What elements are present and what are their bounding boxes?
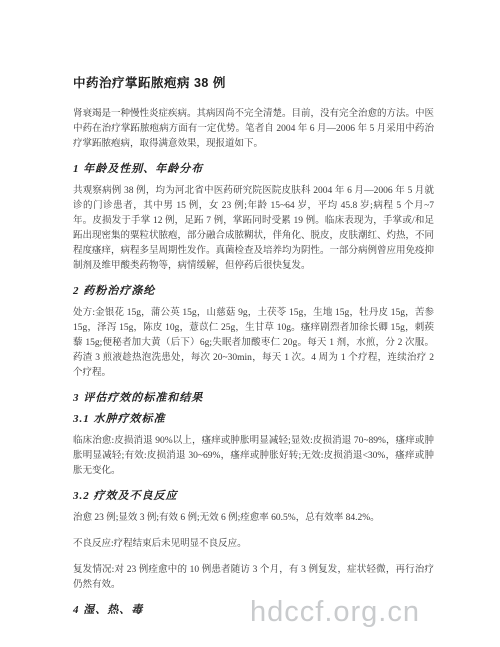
- section-3-heading: 3 评估疗效的标准和结果: [73, 392, 434, 405]
- section-3-1-body: 临床治愈:皮损消退 90%以上，瘙痒或肿胀明显减轻;显效:皮损消退 70~89%…: [73, 434, 434, 479]
- section-3-2-heading: 3.2 疗效及不良反应: [73, 490, 434, 503]
- section-2-body: 处方:金银花 15g，蒲公英 15g，山慈菇 9g，土茯苓 15g，生地 15g…: [73, 306, 434, 381]
- watermark-text: hdccf.org.cn: [250, 596, 420, 629]
- article-title: 中药治疗掌跖脓疱病 38 例: [73, 76, 434, 91]
- article-body: 中药治疗掌跖脓疱病 38 例 肾衰竭是一种慢性炎症疾病。其病因尚不完全清楚。目前…: [73, 76, 434, 625]
- section-3-2-relapse-paragraph: 复发情况:对 23 例痊愈中的 10 例患者随访 3 个月，有 3 例复发，症状…: [73, 563, 434, 593]
- document-page: 中药治疗掌跖脓疱病 38 例 肾衰竭是一种慢性炎症疾病。其病因尚不完全清楚。目前…: [0, 0, 500, 647]
- intro-paragraph: 肾衰竭是一种慢性炎症疾病。其病因尚不完全清楚。目前，没有完全治愈的方法。中医中药…: [73, 107, 434, 152]
- section-1-heading: 1 年龄及性别、年龄分布: [73, 163, 434, 176]
- section-2-heading: 2 药粉治疗涤纶: [73, 285, 434, 298]
- section-1-body: 共观察病例 38 例，均为河北省中医药研究院医院皮肤科 2004 年 6 月—2…: [73, 184, 434, 274]
- section-3-2-adverse-reactions-paragraph: 不良反应:疗程结束后未见明显不良反应。: [73, 537, 434, 552]
- section-3-1-heading: 3.1 水肿疗效标准: [73, 413, 434, 426]
- section-3-2-results-paragraph: 治愈 23 例;显效 3 例;有效 6 例;无效 6 例;痊愈率 60.5%，总…: [73, 511, 434, 526]
